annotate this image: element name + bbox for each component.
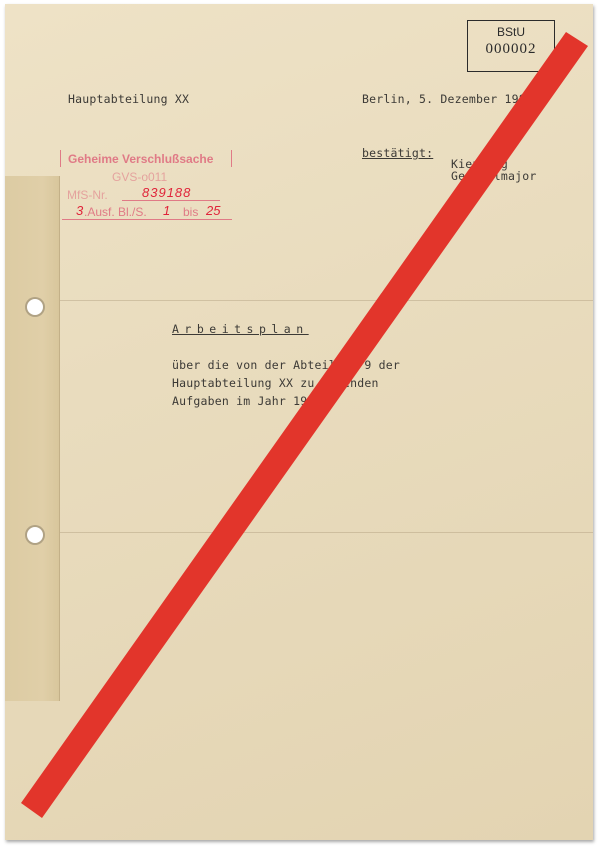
strike-through-stripe [0,0,600,848]
red-diagonal-stripe [21,32,588,818]
